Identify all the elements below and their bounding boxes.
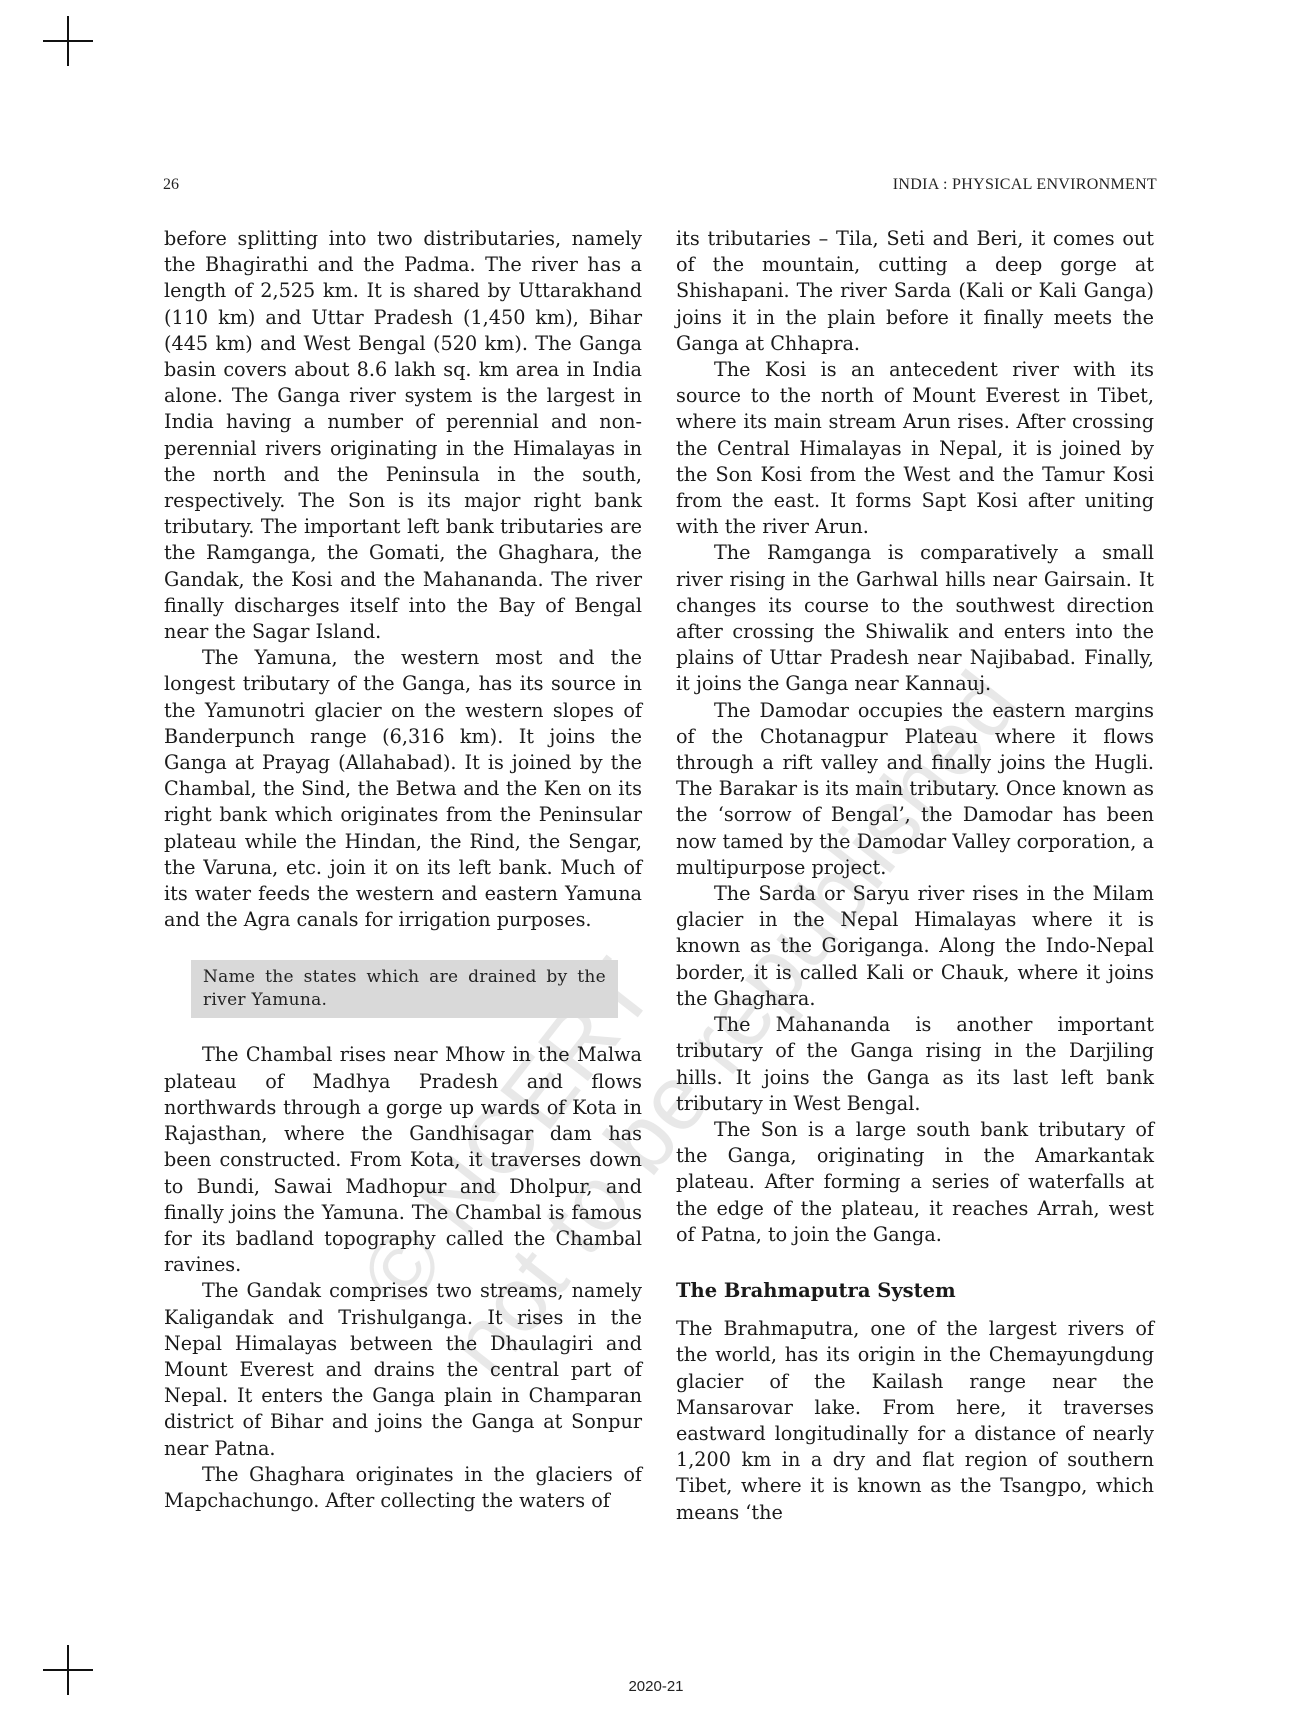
crop-mark-top-left: [43, 16, 93, 66]
paragraph-brahmaputra: The Brahmaputra, one of the largest rive…: [676, 1316, 1154, 1526]
footer-year: 2020-21: [0, 1678, 1312, 1695]
paragraph-mahananda: The Mahananda is another important tribu…: [676, 1012, 1154, 1117]
left-column: before splitting into two distributaries…: [164, 226, 642, 1514]
paragraph-ghaghara-continued: its tributaries – Tila, Seti and Beri, i…: [676, 226, 1154, 357]
section-heading-brahmaputra: The Brahmaputra System: [676, 1278, 1154, 1304]
paragraph-ghaghara: The Ghaghara originates in the glaciers …: [164, 1462, 642, 1514]
paragraph-ganga-continued: before splitting into two distributaries…: [164, 226, 642, 645]
paragraph-chambal: The Chambal rises near Mhow in the Malwa…: [164, 1042, 642, 1278]
paragraph-gandak: The Gandak comprises two streams, namely…: [164, 1278, 642, 1461]
paragraph-damodar: The Damodar occupies the eastern margins…: [676, 698, 1154, 881]
paragraph-kosi: The Kosi is an antecedent river with its…: [676, 357, 1154, 540]
question-box: Name the states which are drained by the…: [191, 960, 618, 1018]
paragraph-yamuna: The Yamuna, the western most and the lon…: [164, 645, 642, 933]
paragraph-son: The Son is a large south bank tributary …: [676, 1117, 1154, 1248]
page-number: 26: [163, 176, 179, 194]
running-title: INDIA : PHYSICAL ENVIRONMENT: [893, 176, 1157, 194]
paragraph-sarda: The Sarda or Saryu river rises in the Mi…: [676, 881, 1154, 1012]
right-column: its tributaries – Tila, Seti and Beri, i…: [676, 226, 1154, 1526]
page-header: 26 INDIA : PHYSICAL ENVIRONMENT: [163, 176, 1157, 196]
paragraph-ramganga: The Ramganga is comparatively a small ri…: [676, 540, 1154, 697]
